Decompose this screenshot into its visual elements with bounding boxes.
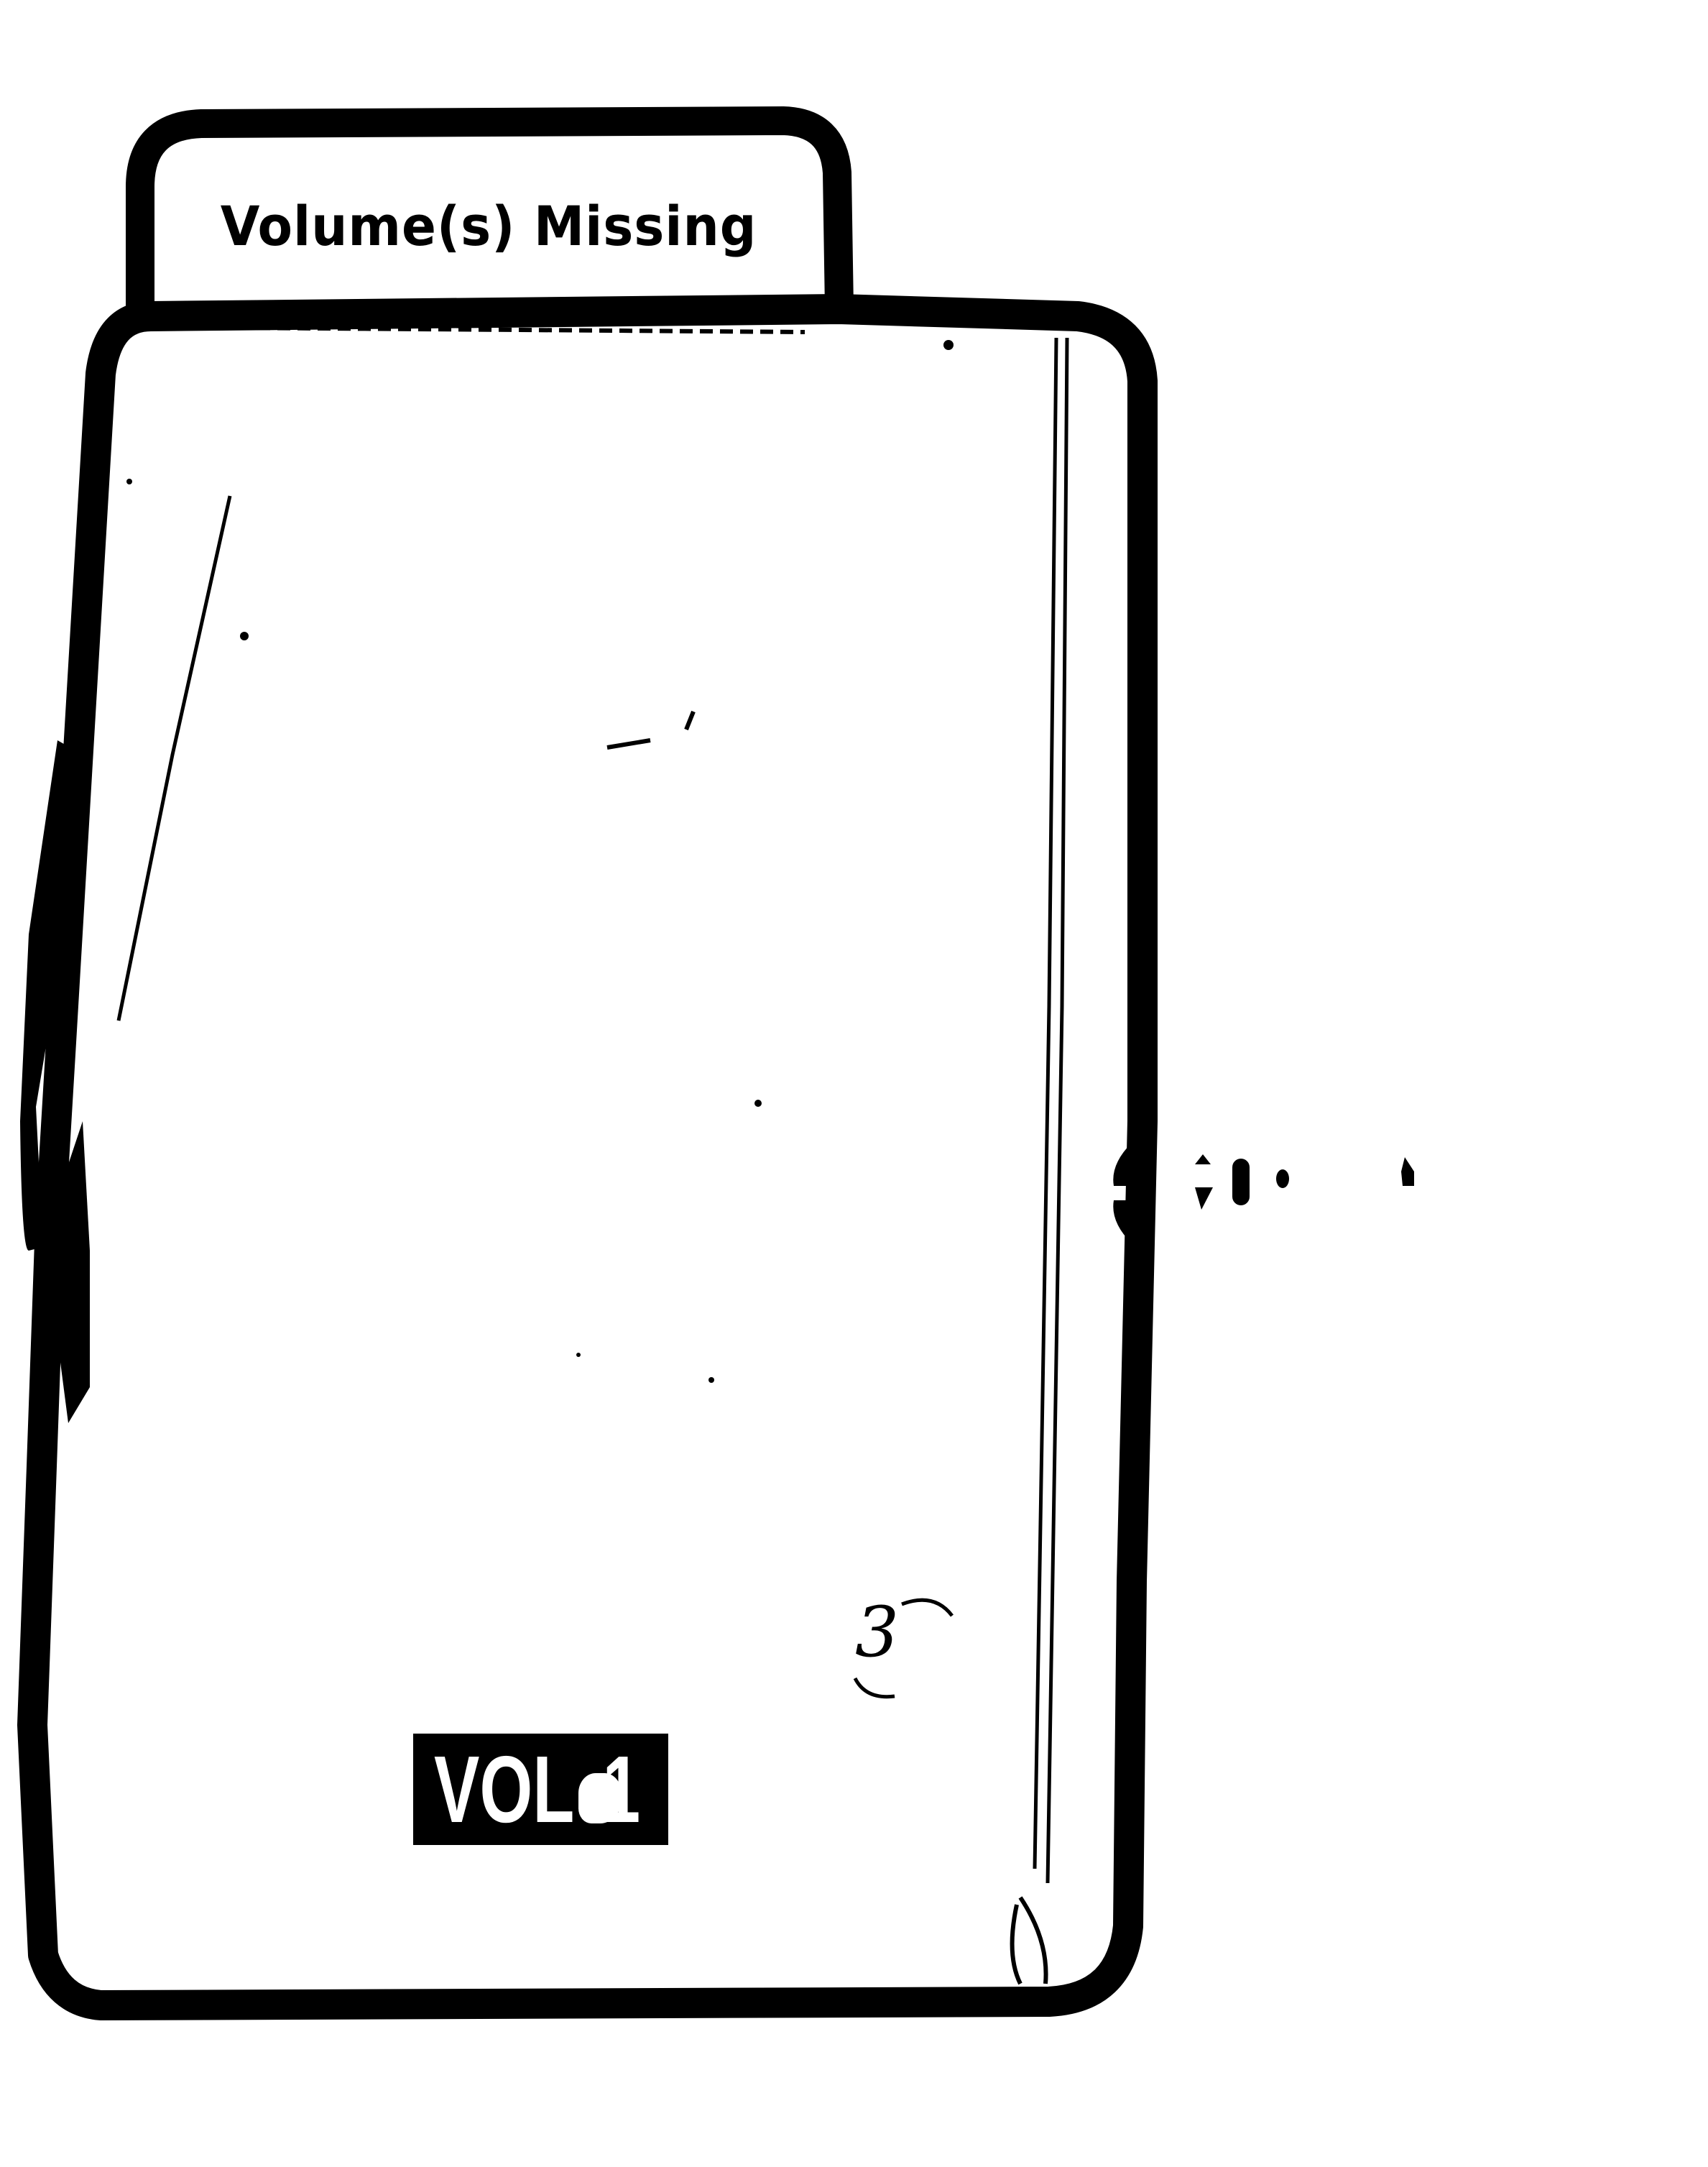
handwritten-circled-number: 3 bbox=[855, 1592, 899, 1673]
volume-label-prefix: VOL bbox=[434, 1742, 537, 1837]
left-crease bbox=[119, 496, 230, 1021]
registration-mark-3 bbox=[1276, 1169, 1289, 1188]
pencil-mark bbox=[607, 712, 693, 747]
spine-crease-bottom bbox=[1012, 1897, 1046, 1984]
volumes-missing-tab-label: Volume(s) Missing bbox=[154, 194, 823, 258]
registration-mark-1 bbox=[1195, 1154, 1213, 1210]
volume-label: VOL 1 bbox=[413, 1734, 668, 1845]
scan-specks bbox=[126, 340, 954, 1383]
scanned-binder-page bbox=[0, 0, 1708, 2167]
registration-mark-4 bbox=[1401, 1157, 1414, 1186]
spine-crease-right bbox=[1035, 338, 1067, 1883]
registration-mark-2 bbox=[1232, 1159, 1250, 1205]
label-tear-mark bbox=[578, 1773, 622, 1823]
